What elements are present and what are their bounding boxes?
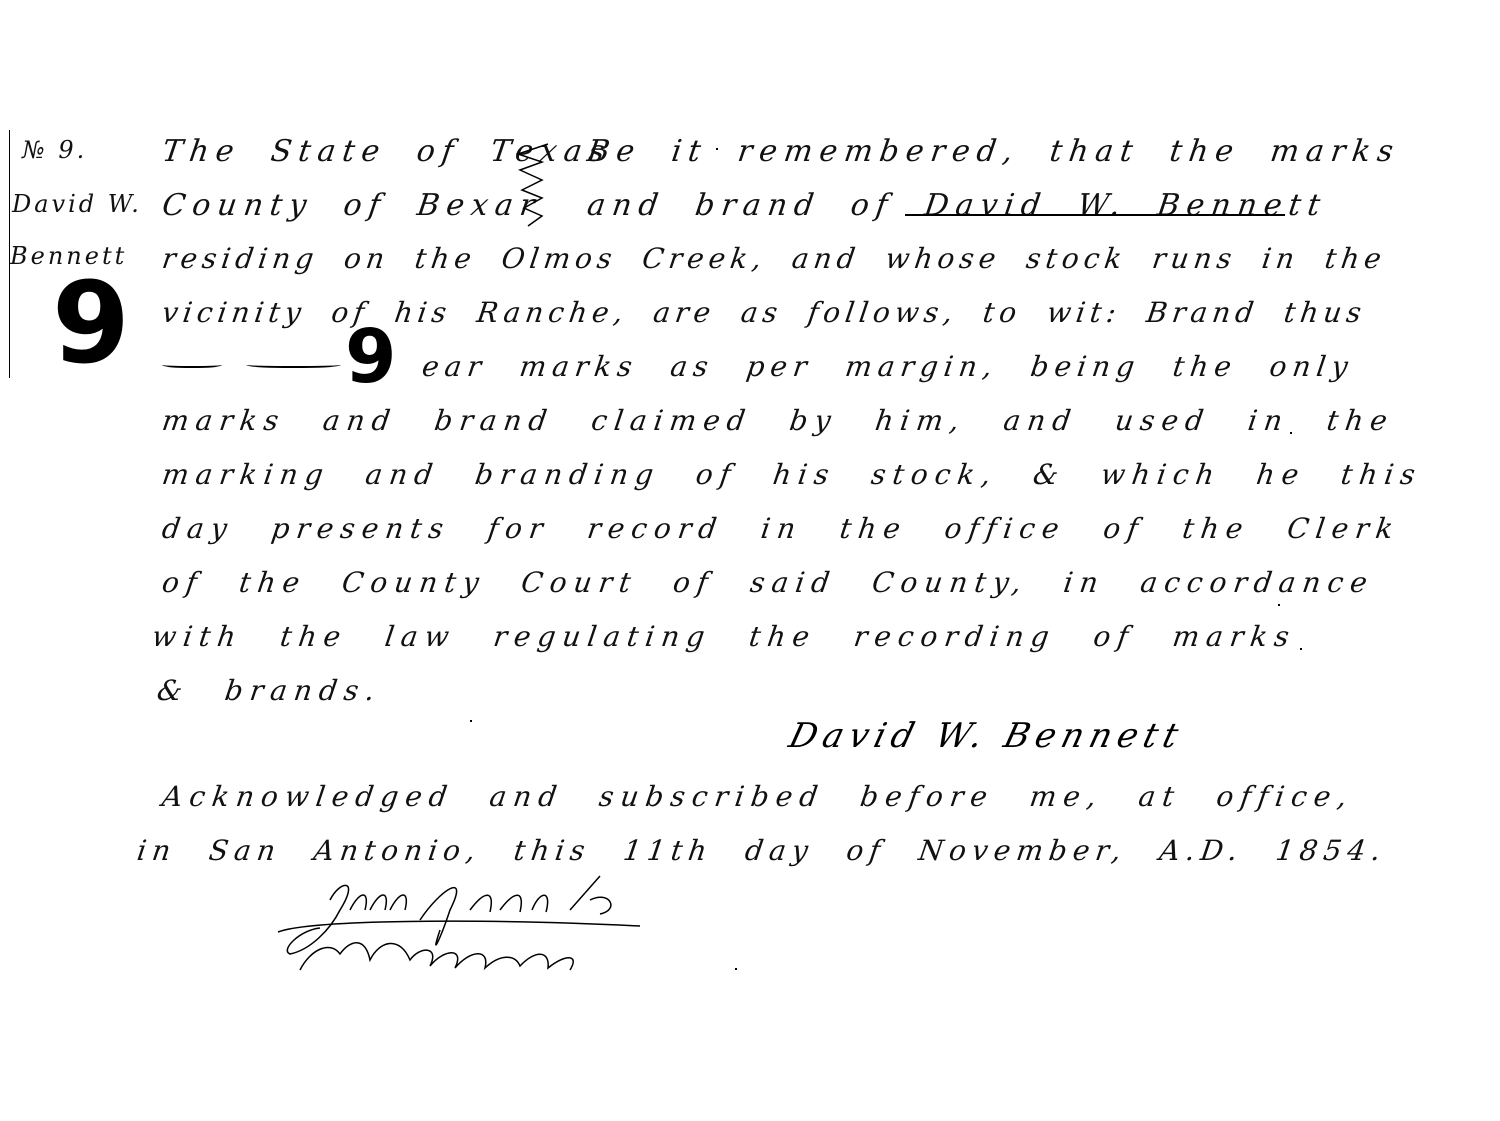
scanned-document-page: № 9. David W. Bennett 9 The State of Tex… [0, 0, 1500, 1121]
body-line-1: Be it remembered, that the marks [585, 134, 1402, 169]
scan-speck [716, 148, 718, 150]
body-line-10: with the law regulating the recording of… [150, 620, 1298, 653]
body-line-4: vicinity of his Ranche, are as follows, … [160, 296, 1368, 329]
body-line-6: marks and brand claimed by him, and used… [160, 404, 1396, 437]
scan-speck [1290, 432, 1292, 434]
scan-speck [1278, 604, 1280, 606]
body-line-2: and brand of David W. Bennett [585, 188, 1329, 223]
body-line-11: & brands. [155, 674, 384, 707]
ear-mark-right [246, 360, 341, 368]
record-number: № 9. [22, 136, 87, 164]
margin-brand-symbol: 9 [52, 268, 130, 380]
body-line-9: of the County Court of said County, in a… [160, 566, 1376, 599]
name-underline [905, 214, 1285, 216]
body-line-5: ear marks as per margin, being the only [420, 350, 1356, 383]
margin-owner-first: David W. [12, 190, 142, 218]
scan-speck [735, 968, 737, 970]
inline-brand-symbol: 9 [345, 320, 397, 394]
body-line-3: residing on the Olmos Creek, and whose s… [160, 242, 1388, 275]
acknowledgement-line-1: Acknowledged and subscribed before me, a… [160, 780, 1356, 813]
ear-marks [162, 360, 341, 368]
clerk-signature-text: Jas. M. Smith [270, 870, 277, 871]
ear-mark-left [162, 360, 222, 368]
brace-icon [512, 140, 552, 230]
heading-county: County of Bexar [160, 188, 544, 223]
acknowledgement-line-2: in San Antonio, this 11th day of Novembe… [135, 834, 1389, 867]
scan-speck [470, 720, 472, 722]
scan-speck [1300, 648, 1302, 650]
owner-signature: David W. Bennett [785, 716, 1188, 756]
body-line-7: marking and branding of his stock, & whi… [160, 458, 1424, 491]
clerk-signature: Jas. M. Smith [270, 870, 690, 980]
body-line-8: day presents for record in the office of… [160, 512, 1402, 545]
